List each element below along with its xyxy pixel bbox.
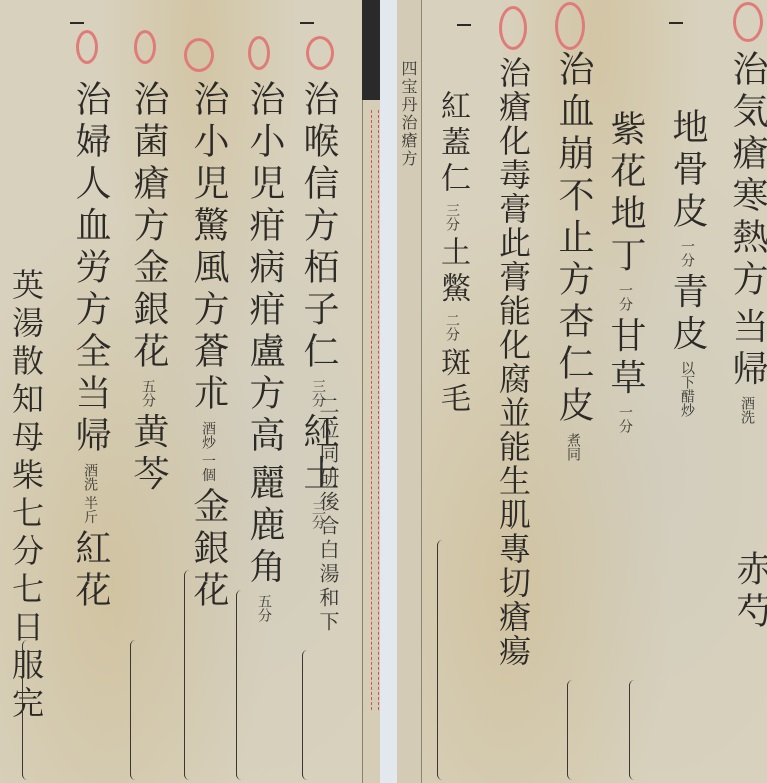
binding-shadow <box>362 0 380 112</box>
dosage-note: 酒洗 半斤 <box>82 463 98 523</box>
recipe-text: 治小児驚風方蒼朮 <box>188 80 229 416</box>
recipe-column-child-convulsion: 治小児驚風方蒼朮 酒炒 一個 金銀花 <box>190 80 226 613</box>
recipe-column-women: 治婦人血労方全当帰 酒洗 半斤 紅花 <box>72 80 108 613</box>
right-page-fold: 四宝丹治瘡方 <box>397 0 422 783</box>
recipe-text: 治菌瘡方金銀花 <box>128 80 169 374</box>
dosage-note: 五分 <box>256 594 272 622</box>
recipe-text: 黄芩 <box>128 412 169 496</box>
recipe-text: 甘草 <box>605 316 646 400</box>
grouping-squiggle <box>302 650 313 780</box>
red-circle-mark <box>499 6 527 50</box>
recipe-column-qi-fever-cont: 赤芍 <box>733 550 767 634</box>
recipe-text: 紫花地丁 <box>605 110 646 278</box>
recipe-column-herbs-2: 紫花地丁 一分 甘草 一分 <box>607 110 643 433</box>
red-circle-mark <box>733 2 763 42</box>
recipe-text: 青皮 <box>667 272 708 356</box>
tick-mark <box>457 24 471 26</box>
grouping-squiggle <box>22 640 33 780</box>
recipe-column-qi-fever: 治気瘡寒熱方 当帰 酒洗 <box>729 50 765 424</box>
recipe-text: 治気瘡寒熱方 <box>727 50 767 302</box>
recipe-text: 治小児疳病疳盧方高 <box>244 80 285 458</box>
red-circle-mark <box>306 36 334 70</box>
recipe-text: 治婦人血労方全当帰 <box>70 80 111 458</box>
manuscript-spread: 治喉信方栢子仁 三分 紅土 三分 二位同研後合白湯和下 治小児疳病疳盧方高 麗鹿… <box>0 0 767 783</box>
grouping-squiggle <box>437 540 448 780</box>
recipe-text: 治瘡化毒膏此膏能化腐並能生肌專切瘡瘍 <box>494 56 532 668</box>
recipe-instructions: 二位同研後合白湯和下 <box>318 395 338 635</box>
recipe-column-bleeding: 治血崩不止方杏仁皮 煮同 <box>555 50 591 461</box>
dosage-note: 一分 <box>617 283 633 311</box>
grouping-squiggle <box>236 590 247 780</box>
margin-title: 四宝丹治瘡方 <box>400 60 416 168</box>
dosage-note: 二分 <box>444 313 460 341</box>
recipe-text: 紅花 <box>70 529 111 613</box>
red-circle-mark <box>76 30 98 64</box>
dosage-note: 五分 <box>140 379 156 407</box>
recipe-column-ointment-ingredients: 紅蓋仁 三分 土鱉 二分 斑毛 <box>437 90 467 418</box>
red-circle-mark <box>555 2 585 50</box>
dosage-note: 煮同 <box>565 433 581 461</box>
dosage-note: 一分 <box>679 239 695 267</box>
recipe-text: 治喉信方栢子仁 <box>298 80 339 374</box>
grouping-squiggle <box>130 640 141 780</box>
tick-mark <box>70 22 84 24</box>
recipe-column-herbs: 地骨皮 一分 青皮 以下醋炒 <box>669 108 705 417</box>
grouping-squiggle <box>629 680 640 780</box>
red-circle-mark <box>248 36 270 70</box>
dosage-note: 酒洗 <box>739 396 755 424</box>
dosage-note: 酒炒 一個 <box>200 421 216 481</box>
recipe-column-tooth: 治菌瘡方金銀花 五分 黄芩 <box>130 80 166 496</box>
tick-mark <box>669 22 683 24</box>
recipe-column-ointment: 治瘡化毒膏此膏能化腐並能生肌專切瘡瘍 <box>497 56 529 668</box>
recipe-text: 当帰 <box>727 307 767 391</box>
right-page: 治気瘡寒熱方 当帰 酒洗 赤芍 地骨皮 一分 青皮 以下醋炒 紫花地丁 一分 甘… <box>397 0 767 783</box>
red-circle-mark <box>134 30 156 64</box>
grouping-squiggle <box>184 570 195 780</box>
left-page: 治喉信方栢子仁 三分 紅土 三分 二位同研後合白湯和下 治小児疳病疳盧方高 麗鹿… <box>0 0 362 783</box>
grouping-squiggle <box>567 680 578 780</box>
recipe-text: 斑毛 <box>435 346 470 418</box>
center-gutter <box>380 0 397 783</box>
left-page-fold <box>362 100 381 783</box>
recipe-column-child-fever: 治小児疳病疳盧方高 麗鹿角 五分 <box>246 80 282 622</box>
recipe-text: 土鱉 <box>435 236 470 308</box>
recipe-text: 紅蓋仁 <box>435 90 470 198</box>
recipe-text: 治血崩不止方杏仁皮 <box>553 50 594 428</box>
tick-mark <box>300 22 314 24</box>
recipe-text: 地骨皮 <box>667 108 708 234</box>
dosage-note: 三分 <box>444 203 460 231</box>
recipe-text: 麗鹿角 <box>244 463 285 589</box>
red-circle-mark <box>184 38 214 72</box>
dosage-note: 一分 <box>617 405 633 433</box>
dosage-note: 以下醋炒 <box>679 361 695 417</box>
